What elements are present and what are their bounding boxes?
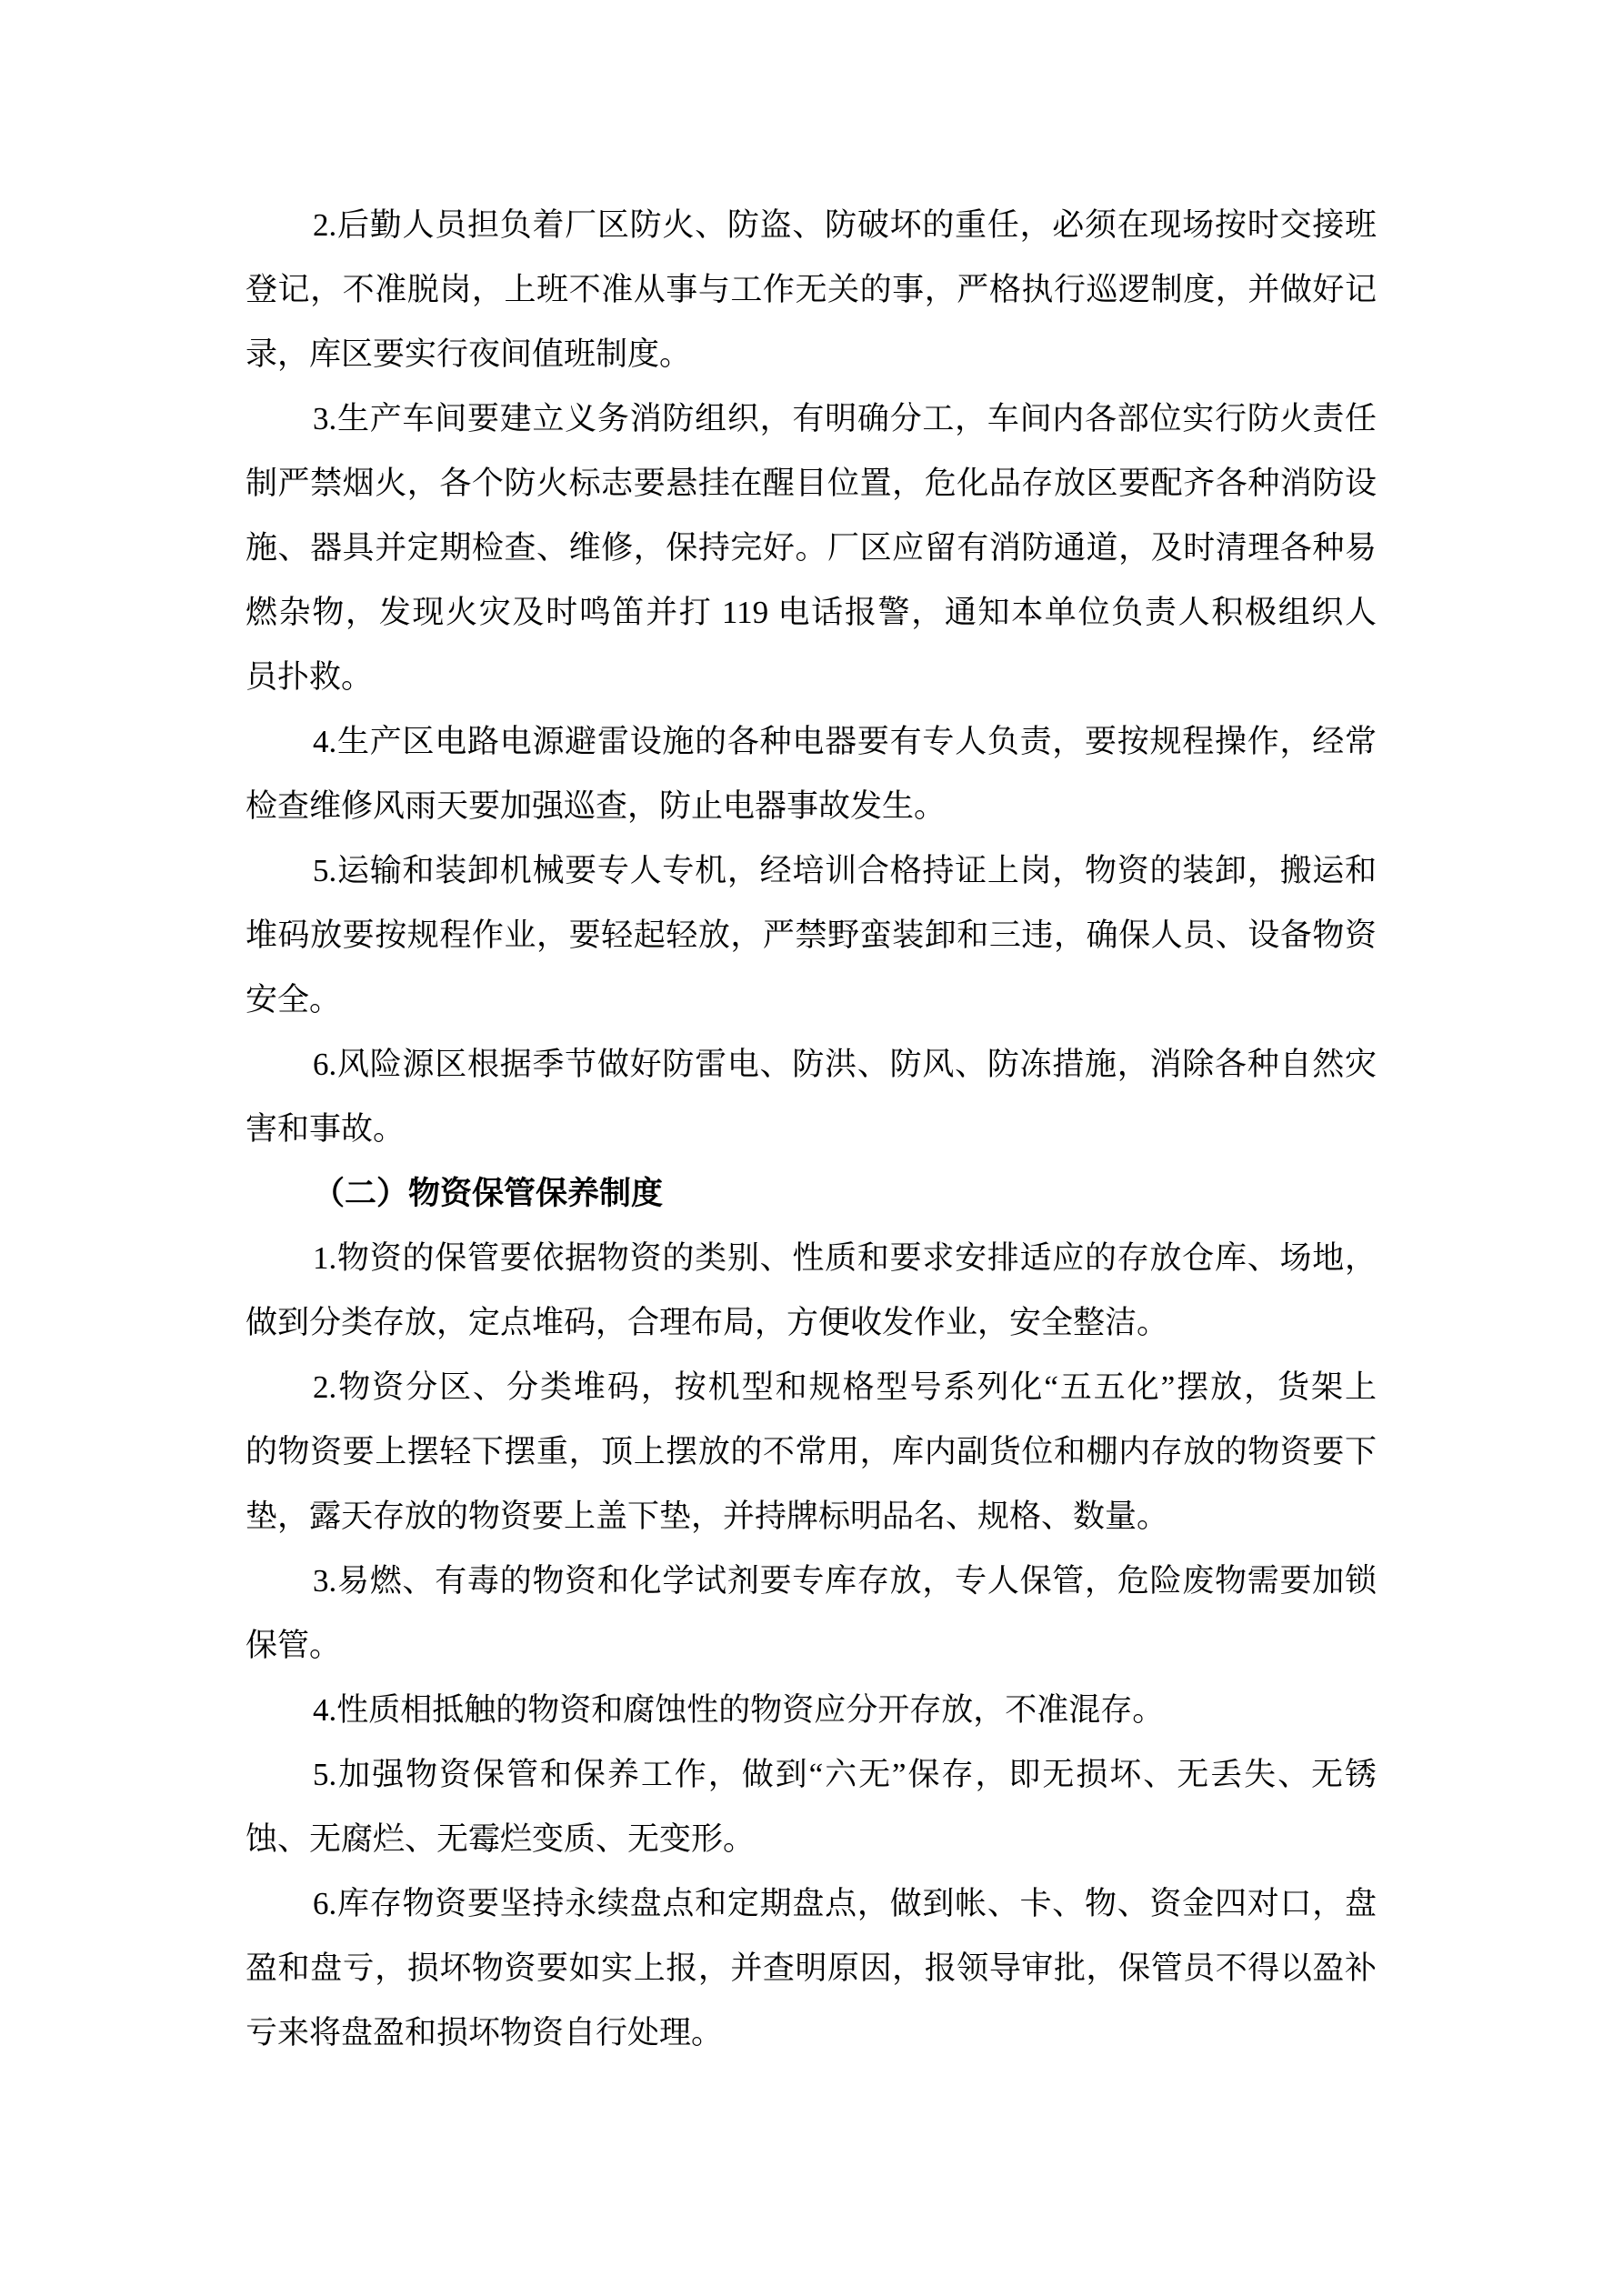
text-line: 检查维修风雨天要加强巡查，防止电器事故发生。 (245, 774, 1377, 838)
text-line: 3.易燃、有毒的物资和化学试剂要专库存放，专人保管，危险废物需要加锁 (245, 1549, 1377, 1613)
section-heading: （二）物资保管保养制度 (245, 1161, 1377, 1226)
text-line: 施、器具并定期检查、维修，保持完好。厂区应留有消防通道，及时清理各种易 (245, 516, 1377, 580)
text-line: 3.生产车间要建立义务消防组织，有明确分工，车间内各部位实行防火责任 (245, 386, 1377, 451)
text-line: 1.物资的保管要依据物资的类别、性质和要求安排适应的存放仓库、场地， (245, 1226, 1377, 1290)
paragraph: 6.库存物资要坚持永续盘点和定期盘点，做到帐、卡、物、资金四对口，盘 盈和盘亏，… (245, 1871, 1377, 2065)
text-line: 6.库存物资要坚持永续盘点和定期盘点，做到帐、卡、物、资金四对口，盘 (245, 1871, 1377, 1936)
text-line: 安全。 (245, 968, 1377, 1032)
text-line: 5.加强物资保管和保养工作，做到“六无”保存，即无损坏、无丢失、无锈 (245, 1742, 1377, 1807)
paragraph: 4.生产区电路电源避雷设施的各种电器要有专人负责，要按规程操作，经常 检查维修风… (245, 709, 1377, 838)
text-line: 蚀、无腐烂、无霉烂变质、无变形。 (245, 1807, 1377, 1871)
paragraph: 3.生产车间要建立义务消防组织，有明确分工，车间内各部位实行防火责任 制严禁烟火… (245, 386, 1377, 709)
paragraph: 6.风险源区根据季节做好防雷电、防洪、防风、防冻措施，消除各种自然灾 害和事故。 (245, 1032, 1377, 1161)
paragraph: 2.物资分区、分类堆码，按机型和规格型号系列化“五五化”摆放，货架上 的物资要上… (245, 1355, 1377, 1549)
paragraph: （二）物资保管保养制度 (245, 1161, 1377, 1226)
text-line: 5.运输和装卸机械要专人专机，经培训合格持证上岗，物资的装卸，搬运和 (245, 838, 1377, 903)
text-line: 4.生产区电路电源避雷设施的各种电器要有专人负责，要按规程操作，经常 (245, 709, 1377, 774)
text-line: 2.后勤人员担负着厂区防火、防盗、防破坏的重任，必须在现场按时交接班 (245, 193, 1377, 257)
paragraph: 5.运输和装卸机械要专人专机，经培训合格持证上岗，物资的装卸，搬运和 堆码放要按… (245, 838, 1377, 1032)
text-block: 2.后勤人员担负着厂区防火、防盗、防破坏的重任，必须在现场按时交接班 登记，不准… (245, 193, 1377, 2065)
text-line: 2.物资分区、分类堆码，按机型和规格型号系列化“五五化”摆放，货架上 (245, 1355, 1377, 1419)
text-line: 亏来将盘盈和损坏物资自行处理。 (245, 2000, 1377, 2065)
text-line: 保管。 (245, 1613, 1377, 1678)
text-line: 录，库区要实行夜间值班制度。 (245, 322, 1377, 386)
paragraph: 4.性质相抵触的物资和腐蚀性的物资应分开存放，不准混存。 (245, 1678, 1377, 1742)
paragraph: 5.加强物资保管和保养工作，做到“六无”保存，即无损坏、无丢失、无锈 蚀、无腐烂… (245, 1742, 1377, 1871)
text-line: 做到分类存放，定点堆码，合理布局，方便收发作业，安全整洁。 (245, 1290, 1377, 1355)
document-page: 2.后勤人员担负着厂区防火、防盗、防破坏的重任，必须在现场按时交接班 登记，不准… (0, 0, 1623, 2296)
text-line: 4.性质相抵触的物资和腐蚀性的物资应分开存放，不准混存。 (245, 1678, 1377, 1742)
text-line: 垫，露天存放的物资要上盖下垫，并持牌标明品名、规格、数量。 (245, 1484, 1377, 1549)
text-line: 的物资要上摆轻下摆重，顶上摆放的不常用，库内副货位和棚内存放的物资要下 (245, 1419, 1377, 1484)
text-line: 盈和盘亏，损坏物资要如实上报，并查明原因，报领导审批，保管员不得以盈补 (245, 1936, 1377, 2000)
text-line: 制严禁烟火，各个防火标志要悬挂在醒目位置，危化品存放区要配齐各种消防设 (245, 451, 1377, 516)
text-line: 员扑救。 (245, 645, 1377, 709)
paragraph: 2.后勤人员担负着厂区防火、防盗、防破坏的重任，必须在现场按时交接班 登记，不准… (245, 193, 1377, 386)
paragraph: 1.物资的保管要依据物资的类别、性质和要求安排适应的存放仓库、场地， 做到分类存… (245, 1226, 1377, 1355)
text-line: 堆码放要按规程作业，要轻起轻放，严禁野蛮装卸和三违，确保人员、设备物资 (245, 903, 1377, 968)
text-line: 6.风险源区根据季节做好防雷电、防洪、防风、防冻措施，消除各种自然灾 (245, 1032, 1377, 1097)
text-line: 登记，不准脱岗，上班不准从事与工作无关的事，严格执行巡逻制度，并做好记 (245, 257, 1377, 322)
text-line: 燃杂物，发现火灾及时鸣笛并打 119 电话报警，通知本单位负责人积极组织人 (245, 580, 1377, 645)
text-line: 害和事故。 (245, 1097, 1377, 1161)
paragraph: 3.易燃、有毒的物资和化学试剂要专库存放，专人保管，危险废物需要加锁 保管。 (245, 1549, 1377, 1678)
